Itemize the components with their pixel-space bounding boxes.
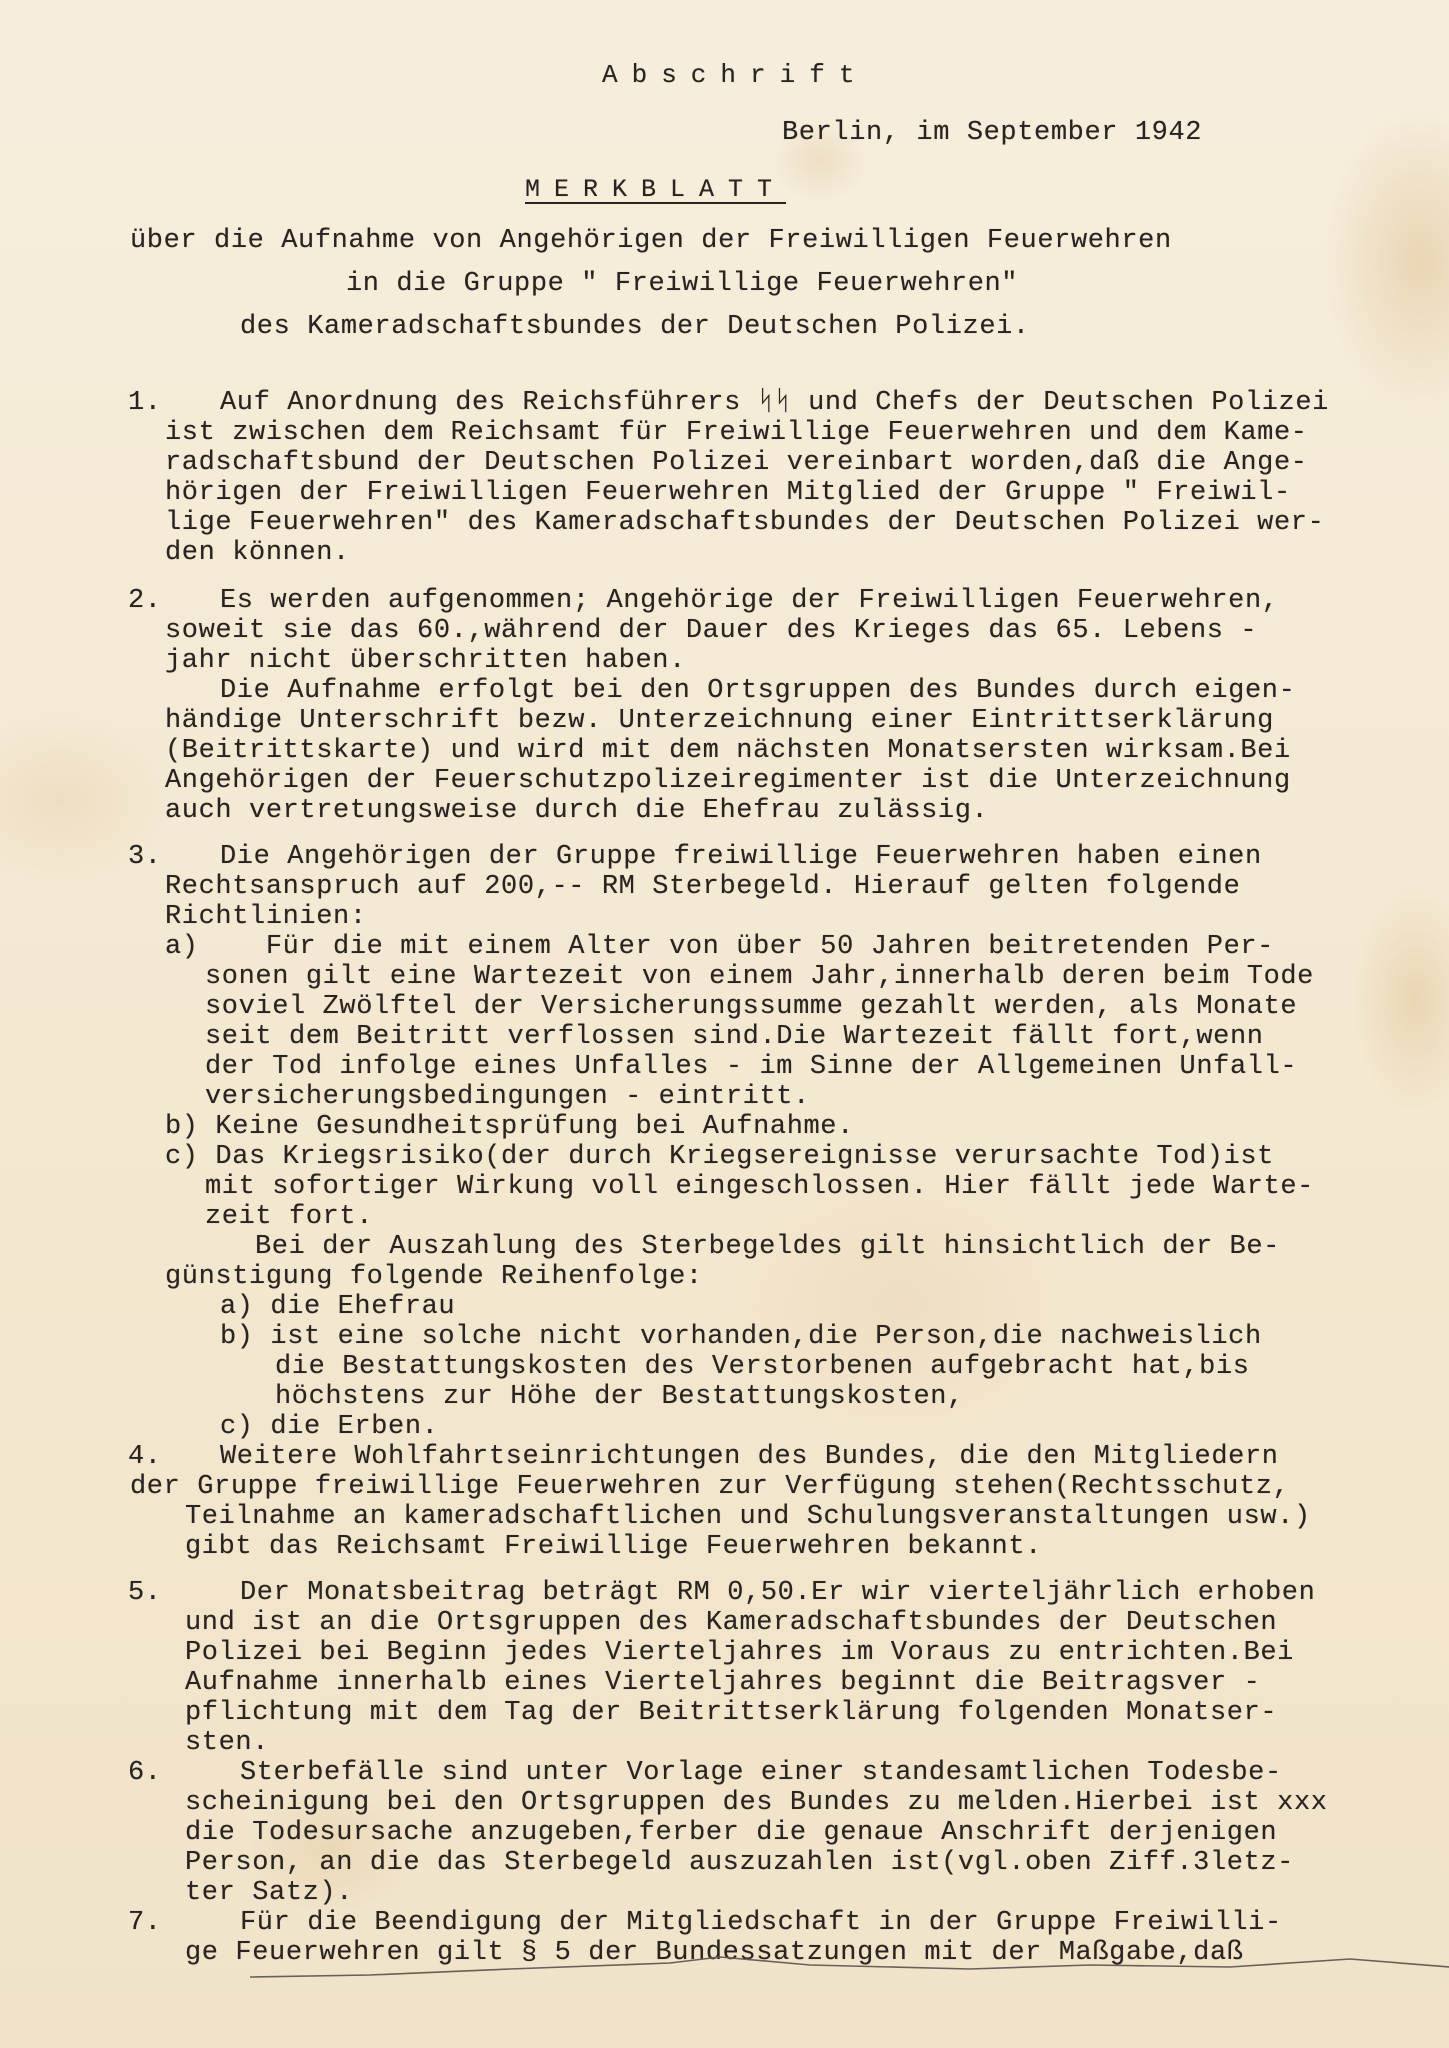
- section-line: Teilnahme an kameradschaftlichen und Sch…: [185, 1502, 1311, 1532]
- section-number: 2.: [128, 586, 162, 616]
- section-number: 1.: [128, 388, 162, 418]
- section-line: versicherungsbedingungen - eintritt.: [205, 1082, 810, 1112]
- section-line: Für die Beendigung der Mitgliedschaft in…: [240, 1908, 1282, 1938]
- section-line: ter Satz).: [185, 1878, 353, 1908]
- section-line: Die Aufnahme erfolgt bei den Ortsgruppen…: [220, 676, 1295, 706]
- section-line: Aufnahme innerhalb eines Vierteljahres b…: [185, 1668, 1260, 1698]
- section-line: hörigen der Freiwilligen Feuerwehren Mit…: [165, 478, 1291, 508]
- section-line: Auf Anordnung des Reichsführers ᛋᛋ und C…: [220, 388, 1329, 418]
- section-line: sonen gilt eine Wartezeit von einem Jahr…: [205, 962, 1314, 992]
- section-line: Der Monatsbeitrag beträgt RM 0,50.Er wir…: [240, 1578, 1315, 1608]
- section-line: a) die Ehefrau: [220, 1292, 455, 1322]
- section-line: seit dem Beitritt verflossen sind.Die Wa…: [205, 1022, 1264, 1052]
- section-line: Person, an die das Sterbegeld auszuzahle…: [185, 1848, 1294, 1878]
- section-line: und ist an die Ortsgruppen des Kameradsc…: [185, 1608, 1277, 1638]
- section-line: Sterbefälle sind unter Vorlage einer sta…: [240, 1758, 1282, 1788]
- section-line: Die Angehörigen der Gruppe freiwillige F…: [220, 842, 1262, 872]
- section-number: 6.: [128, 1758, 162, 1788]
- subtitle-line-1: über die Aufnahme von Angehörigen der Fr…: [130, 226, 1172, 256]
- section-line: Es werden aufgenommen; Angehörige der Fr…: [220, 586, 1279, 616]
- place-date: Berlin, im September 1942: [782, 118, 1202, 148]
- document-title: MERKBLATT: [525, 175, 786, 205]
- section-line: günstigung folgende Reihenfolge:: [165, 1262, 703, 1292]
- section-line: die Bestattungskosten des Verstorbenen a…: [275, 1352, 1250, 1382]
- section-line: der Gruppe freiwillige Feuerwehren zur V…: [130, 1472, 1289, 1502]
- section-line: b) ist eine solche nicht vorhanden,die P…: [220, 1322, 1262, 1352]
- section-line: Weitere Wohlfahrtseinrichtungen des Bund…: [220, 1442, 1279, 1472]
- section-line: gibt das Reichsamt Freiwillige Feuerwehr…: [185, 1532, 1042, 1562]
- subtitle-line-2: in die Gruppe " Freiwillige Feuerwehren": [346, 269, 1018, 299]
- section-line: auch vertretungsweise durch die Ehefrau …: [165, 796, 988, 826]
- section-line: lige Feuerwehren" des Kameradschaftsbund…: [165, 508, 1324, 538]
- section-line: den können.: [165, 538, 350, 568]
- section-line: Bei der Auszahlung des Sterbegeldes gilt…: [255, 1232, 1280, 1262]
- section-line: c) Das Kriegsrisiko(der durch Kriegserei…: [165, 1142, 1274, 1172]
- section-line: radschaftsbund der Deutschen Polizei ver…: [165, 448, 1308, 478]
- section-line: jahr nicht überschritten haben.: [165, 646, 686, 676]
- section-line: (Beitrittskarte) und wird mit dem nächst…: [165, 736, 1291, 766]
- section-line: scheinigung bei den Ortsgruppen des Bund…: [185, 1788, 1328, 1818]
- section-line: c) die Erben.: [220, 1412, 438, 1442]
- section-line: pflichtung mit dem Tag der Beitrittserkl…: [185, 1698, 1277, 1728]
- subtitle-line-3: des Kameradschaftsbundes der Deutschen P…: [240, 312, 1030, 342]
- section-line: b) Keine Gesundheitsprüfung bei Aufnahme…: [165, 1112, 854, 1142]
- section-line: Rechtsanspruch auf 200,-- RM Sterbegeld.…: [165, 872, 1240, 902]
- section-line: ist zwischen dem Reichsamt für Freiwilli…: [165, 418, 1308, 448]
- section-number: 5.: [128, 1578, 162, 1608]
- section-line: soviel Zwölftel der Versicherungssumme g…: [205, 992, 1297, 1022]
- section-line: höchstens zur Höhe der Bestattungskosten…: [275, 1382, 964, 1412]
- section-number: 4.: [128, 1442, 162, 1472]
- section-line: die Todesursache anzugeben,ferber die ge…: [185, 1818, 1277, 1848]
- paper-tear-line: [250, 1955, 1449, 1985]
- section-number: 3.: [128, 842, 162, 872]
- section-line: Richtlinien:: [165, 902, 367, 932]
- section-line: zeit fort.: [205, 1202, 373, 1232]
- document-header: Abschrift: [602, 60, 868, 90]
- section-line: soweit sie das 60.,während der Dauer des…: [165, 616, 1257, 646]
- section-line: Polizei bei Beginn jedes Vierteljahres i…: [185, 1638, 1294, 1668]
- section-line: der Tod infolge eines Unfalles - im Sinn…: [205, 1052, 1297, 1082]
- section-line: händige Unterschrift bezw. Unterzeichnun…: [165, 706, 1274, 736]
- section-number: 7.: [128, 1908, 162, 1938]
- section-line: sten.: [185, 1728, 269, 1758]
- section-line: mit sofortiger Wirkung voll eingeschloss…: [205, 1172, 1314, 1202]
- section-line: a) Für die mit einem Alter von über 50 J…: [165, 932, 1274, 962]
- section-line: Angehörigen der Feuerschutzpolizeiregime…: [165, 766, 1291, 796]
